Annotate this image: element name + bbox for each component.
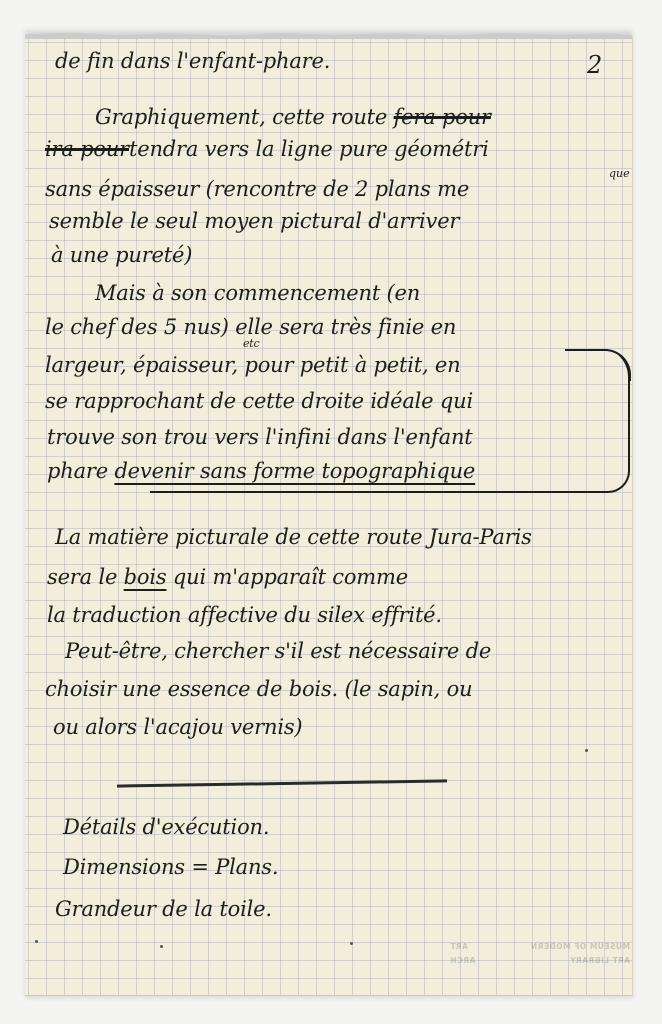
- text-line-1: de fin dans l'enfant-phare.: [55, 49, 330, 73]
- ink-dot: [350, 942, 353, 945]
- ink-dot: [160, 945, 163, 948]
- stamp-row-1: MUSEUM OF MODERN ART: [450, 940, 630, 954]
- struck-text: ira pour: [45, 137, 129, 161]
- page-number: 2: [587, 51, 602, 79]
- stamp-text: ART: [450, 940, 468, 954]
- enclosing-bracket-top: [565, 349, 631, 381]
- stamp-text: ART LIBRARY: [570, 954, 630, 968]
- text-line-2-main: Graphiquement, cette route: [95, 105, 394, 129]
- text-line-13: La matière picturale de cette route Jura…: [55, 525, 532, 549]
- ink-dot: [35, 940, 38, 943]
- text-line-21: Grandeur de la toile.: [55, 897, 272, 921]
- text-line-18: ou alors l'acajou vernis): [53, 715, 302, 739]
- stamp-text: ARCH: [450, 954, 475, 968]
- stamp-text: MUSEUM OF MODERN: [530, 940, 630, 954]
- manuscript-page: 2 de fin dans l'enfant-phare. Graphiquem…: [25, 37, 633, 996]
- text-line-12-main: phare: [47, 459, 114, 483]
- text-line-4: sans épaisseur (rencontre de 2 plans me: [45, 177, 469, 201]
- text-line-14-main: sera le: [47, 565, 124, 589]
- text-line-17: choisir une essence de bois. (le sapin, …: [45, 677, 472, 701]
- text-line-14-after: qui m'apparaît comme: [166, 565, 408, 589]
- horizontal-rule: [117, 779, 447, 787]
- text-line-15: la traduction affective du silex effrité…: [47, 603, 442, 627]
- text-line-14: sera le bois qui m'apparaît comme: [47, 565, 408, 589]
- text-line-6: à une pureté): [51, 243, 192, 267]
- text-line-8: le chef des 5 nus) elle sera très finie …: [45, 315, 456, 339]
- ink-dot: [585, 749, 588, 752]
- text-line-5: semble le seul moyen pictural d'arriver: [49, 209, 459, 233]
- text-line-3: ira pourtendra vers la ligne pure géomét…: [45, 137, 489, 161]
- enclosing-bracket-line: [150, 349, 630, 493]
- text-line-7: Mais à son commencement (en: [95, 281, 420, 305]
- stamp-row-2: ART LIBRARY ARCH: [450, 954, 630, 968]
- text-line-20: Dimensions = Plans.: [63, 855, 278, 879]
- text-line-3-main: tendra vers la ligne pure géométri: [129, 137, 489, 161]
- struck-text: fera pour: [394, 105, 491, 129]
- library-stamp-showthrough: MUSEUM OF MODERN ART ART LIBRARY ARCH: [450, 940, 630, 968]
- underlined-text: bois: [124, 565, 167, 589]
- text-line-2: Graphiquement, cette route fera pour: [95, 105, 491, 129]
- margin-note: que: [609, 167, 630, 180]
- text-line-19: Détails d'exécution.: [63, 815, 269, 839]
- text-line-16: Peut-être, chercher s'il est nécessaire …: [65, 639, 491, 663]
